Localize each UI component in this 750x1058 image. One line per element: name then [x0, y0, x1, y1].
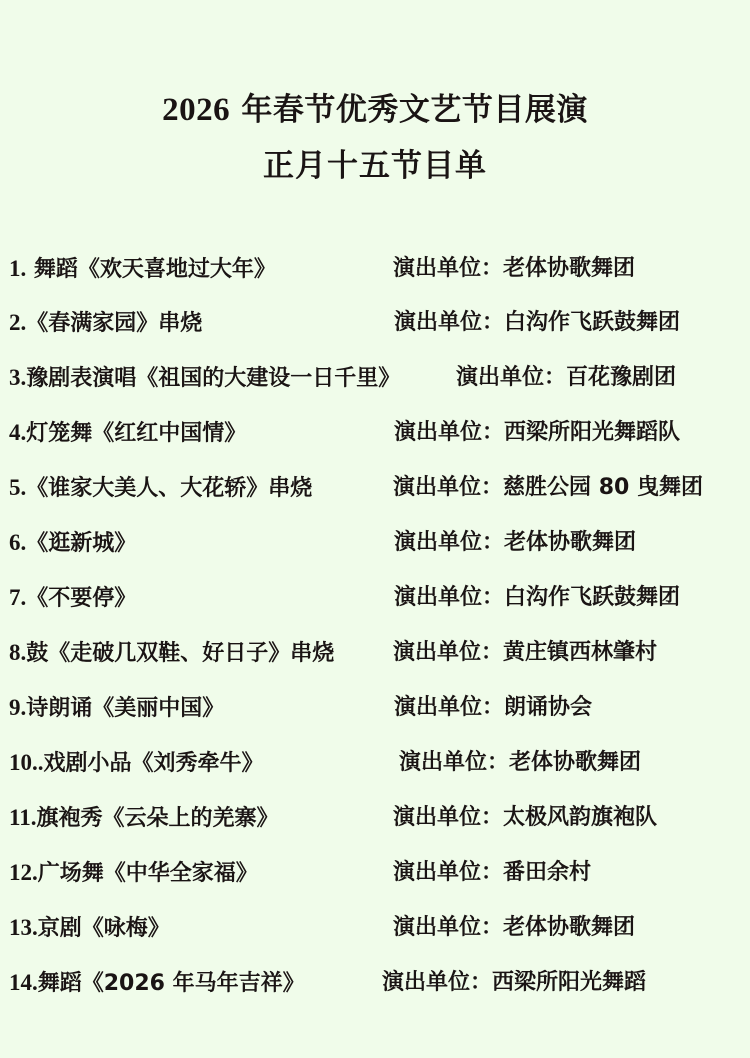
performer: 演出单位：慈胜公园 80 曳舞团 — [393, 468, 703, 508]
program-title: 2.《春满家园》串烧 — [9, 303, 202, 344]
performer-separator: ： — [482, 530, 504, 555]
program-row: 1. 舞蹈《欢天喜地过大年》 演出单位：老体协歌舞团 — [0, 249, 750, 289]
performer-separator: ： — [482, 420, 504, 445]
program-row: 5.《谁家大美人、大花轿》串烧 演出单位：慈胜公园 80 曳舞团 — [0, 468, 750, 508]
page-title: 2026 年春节优秀文艺节目展演 — [0, 84, 750, 129]
performer: 演出单位：朗诵协会 — [394, 688, 592, 728]
program-title: 14.舞蹈《2026 年马年吉祥》 — [9, 963, 305, 1004]
performer: 演出单位：西梁所阳光舞蹈队 — [394, 413, 680, 453]
program-number: 9. — [9, 695, 26, 720]
program-name: 旗袍秀《云朵上的羌寨》 — [36, 806, 278, 831]
program-name: 鼓《走破几双鞋、好日子》串烧 — [26, 641, 334, 666]
program-row: 7.《不要停》 演出单位：白沟作飞跃鼓舞团 — [0, 578, 750, 618]
program-number: 10.. — [9, 750, 44, 775]
performer-separator: ： — [481, 805, 503, 830]
program-number: 1. — [9, 256, 26, 281]
program-name: 《逛新城》 — [26, 531, 136, 556]
performer: 演出单位：番田余村 — [393, 853, 591, 893]
performer-label: 演出单位 — [399, 750, 487, 775]
performer-label: 演出单位 — [394, 530, 482, 555]
program-row: 14.舞蹈《2026 年马年吉祥》 演出单位：西梁所阳光舞蹈 — [0, 963, 750, 1003]
program-row: 2.《春满家园》串烧 演出单位：白沟作飞跃鼓舞团 — [0, 303, 750, 343]
performer: 演出单位：老体协歌舞团 — [394, 523, 636, 563]
program-name: 京剧《咏梅》 — [38, 916, 170, 941]
program-title: 13.京剧《咏梅》 — [9, 908, 170, 949]
program-title: 11.旗袍秀《云朵上的羌寨》 — [9, 798, 279, 839]
performer-name: 老体协歌舞团 — [504, 530, 636, 555]
program-number: 7. — [9, 585, 26, 610]
program-number: 2. — [9, 310, 26, 335]
title-year: 2026 — [162, 92, 230, 128]
performer-separator: ： — [481, 475, 503, 500]
program-row: 11.旗袍秀《云朵上的羌寨》 演出单位：太极风韵旗袍队 — [0, 798, 750, 838]
program-name: 广场舞《中华全家福》 — [38, 861, 258, 886]
program-row: 10..戏剧小品《刘秀牵牛》 演出单位：老体协歌舞团 — [0, 743, 750, 783]
performer-name: 朗诵协会 — [504, 695, 592, 720]
performer-label: 演出单位 — [393, 860, 481, 885]
program-row: 13.京剧《咏梅》 演出单位：老体协歌舞团 — [0, 908, 750, 948]
performer-name: 老体协歌舞团 — [503, 256, 635, 281]
performer-separator: ： — [481, 256, 503, 281]
program-title: 8.鼓《走破几双鞋、好日子》串烧 — [9, 633, 334, 674]
performer-separator: ： — [481, 640, 503, 665]
program-title: 7.《不要停》 — [9, 578, 136, 619]
program-row: 12.广场舞《中华全家福》 演出单位：番田余村 — [0, 853, 750, 893]
performer-label: 演出单位 — [393, 256, 481, 281]
performer-name: 太极风韵旗袍队 — [503, 805, 657, 830]
program-name: 戏剧小品《刘秀牵牛》 — [44, 751, 264, 776]
performer-label: 演出单位 — [456, 365, 544, 390]
title-text: 年春节优秀文艺节目展演 — [230, 92, 588, 128]
program-name: 舞蹈《欢天喜地过大年》 — [26, 257, 276, 282]
program-number: 11. — [9, 805, 36, 830]
program-name: 舞蹈《2026 年马年吉祥》 — [38, 971, 305, 996]
page-subtitle: 正月十五节目单 — [0, 140, 750, 185]
program-name: 《不要停》 — [26, 586, 136, 611]
program-name: 《谁家大美人、大花轿》串烧 — [26, 476, 312, 501]
performer-label: 演出单位 — [394, 420, 482, 445]
program-row: 9.诗朗诵《美丽中国》 演出单位：朗诵协会 — [0, 688, 750, 728]
performer-separator: ： — [482, 585, 504, 610]
program-title: 6.《逛新城》 — [9, 523, 136, 564]
program-name: 诗朗诵《美丽中国》 — [26, 696, 224, 721]
program-row: 8.鼓《走破几双鞋、好日子》串烧 演出单位：黄庄镇西林肇村 — [0, 633, 750, 673]
program-title: 3.豫剧表演唱《祖国的大建设一日千里》 — [9, 358, 400, 399]
program-number: 13. — [9, 915, 38, 940]
program-number: 8. — [9, 640, 26, 665]
performer-name: 白沟作飞跃鼓舞团 — [504, 310, 680, 335]
program-name: 灯笼舞《红红中国情》 — [26, 421, 246, 446]
performer-label: 演出单位 — [393, 805, 481, 830]
performer: 演出单位：老体协歌舞团 — [399, 743, 641, 783]
performer-name: 白沟作飞跃鼓舞团 — [504, 585, 680, 610]
performer-name: 黄庄镇西林肇村 — [503, 640, 657, 665]
program-title: 5.《谁家大美人、大花轿》串烧 — [9, 468, 312, 509]
performer-separator: ： — [481, 915, 503, 940]
performer-separator: ： — [482, 310, 504, 335]
performer-label: 演出单位 — [382, 970, 470, 995]
performer-separator: ： — [470, 970, 492, 995]
performer: 演出单位：老体协歌舞团 — [393, 249, 635, 289]
performer: 演出单位：白沟作飞跃鼓舞团 — [394, 303, 680, 343]
program-number: 12. — [9, 860, 38, 885]
performer-name: 老体协歌舞团 — [509, 750, 641, 775]
performer-name: 百花豫剧团 — [566, 365, 676, 390]
performer-name: 番田余村 — [503, 860, 591, 885]
performer: 演出单位：黄庄镇西林肇村 — [393, 633, 657, 673]
performer-label: 演出单位 — [394, 695, 482, 720]
performer-label: 演出单位 — [393, 915, 481, 940]
performer-label: 演出单位 — [394, 585, 482, 610]
performer-separator: ： — [481, 860, 503, 885]
performer-name: 慈胜公园 80 曳舞团 — [503, 475, 703, 500]
program-row: 3.豫剧表演唱《祖国的大建设一日千里》 演出单位：百花豫剧团 — [0, 358, 750, 398]
program-number: 4. — [9, 420, 26, 445]
program-name: 豫剧表演唱《祖国的大建设一日千里》 — [26, 366, 400, 391]
program-name: 《春满家园》串烧 — [26, 311, 202, 336]
program-title: 10..戏剧小品《刘秀牵牛》 — [9, 743, 264, 784]
performer-name: 西梁所阳光舞蹈队 — [504, 420, 680, 445]
performer-label: 演出单位 — [393, 640, 481, 665]
program-number: 14. — [9, 970, 38, 995]
performer: 演出单位：西梁所阳光舞蹈 — [382, 963, 646, 1003]
performer-separator: ： — [487, 750, 509, 775]
performer: 演出单位：白沟作飞跃鼓舞团 — [394, 578, 680, 618]
program-title: 4.灯笼舞《红红中国情》 — [9, 413, 246, 454]
performer-separator: ： — [544, 365, 566, 390]
program-number: 3. — [9, 365, 26, 390]
program-title: 12.广场舞《中华全家福》 — [9, 853, 258, 894]
program-title: 1. 舞蹈《欢天喜地过大年》 — [9, 249, 276, 290]
performer-name: 老体协歌舞团 — [503, 915, 635, 940]
program-row: 6.《逛新城》 演出单位：老体协歌舞团 — [0, 523, 750, 563]
performer-separator: ： — [482, 695, 504, 720]
program-number: 6. — [9, 530, 26, 555]
program-row: 4.灯笼舞《红红中国情》 演出单位：西梁所阳光舞蹈队 — [0, 413, 750, 453]
performer: 演出单位：太极风韵旗袍队 — [393, 798, 657, 838]
program-title: 9.诗朗诵《美丽中国》 — [9, 688, 224, 729]
program-number: 5. — [9, 475, 26, 500]
performer-name: 西梁所阳光舞蹈 — [492, 970, 646, 995]
performer-label: 演出单位 — [393, 475, 481, 500]
performer: 演出单位：老体协歌舞团 — [393, 908, 635, 948]
performer: 演出单位：百花豫剧团 — [456, 358, 676, 398]
performer-label: 演出单位 — [394, 310, 482, 335]
